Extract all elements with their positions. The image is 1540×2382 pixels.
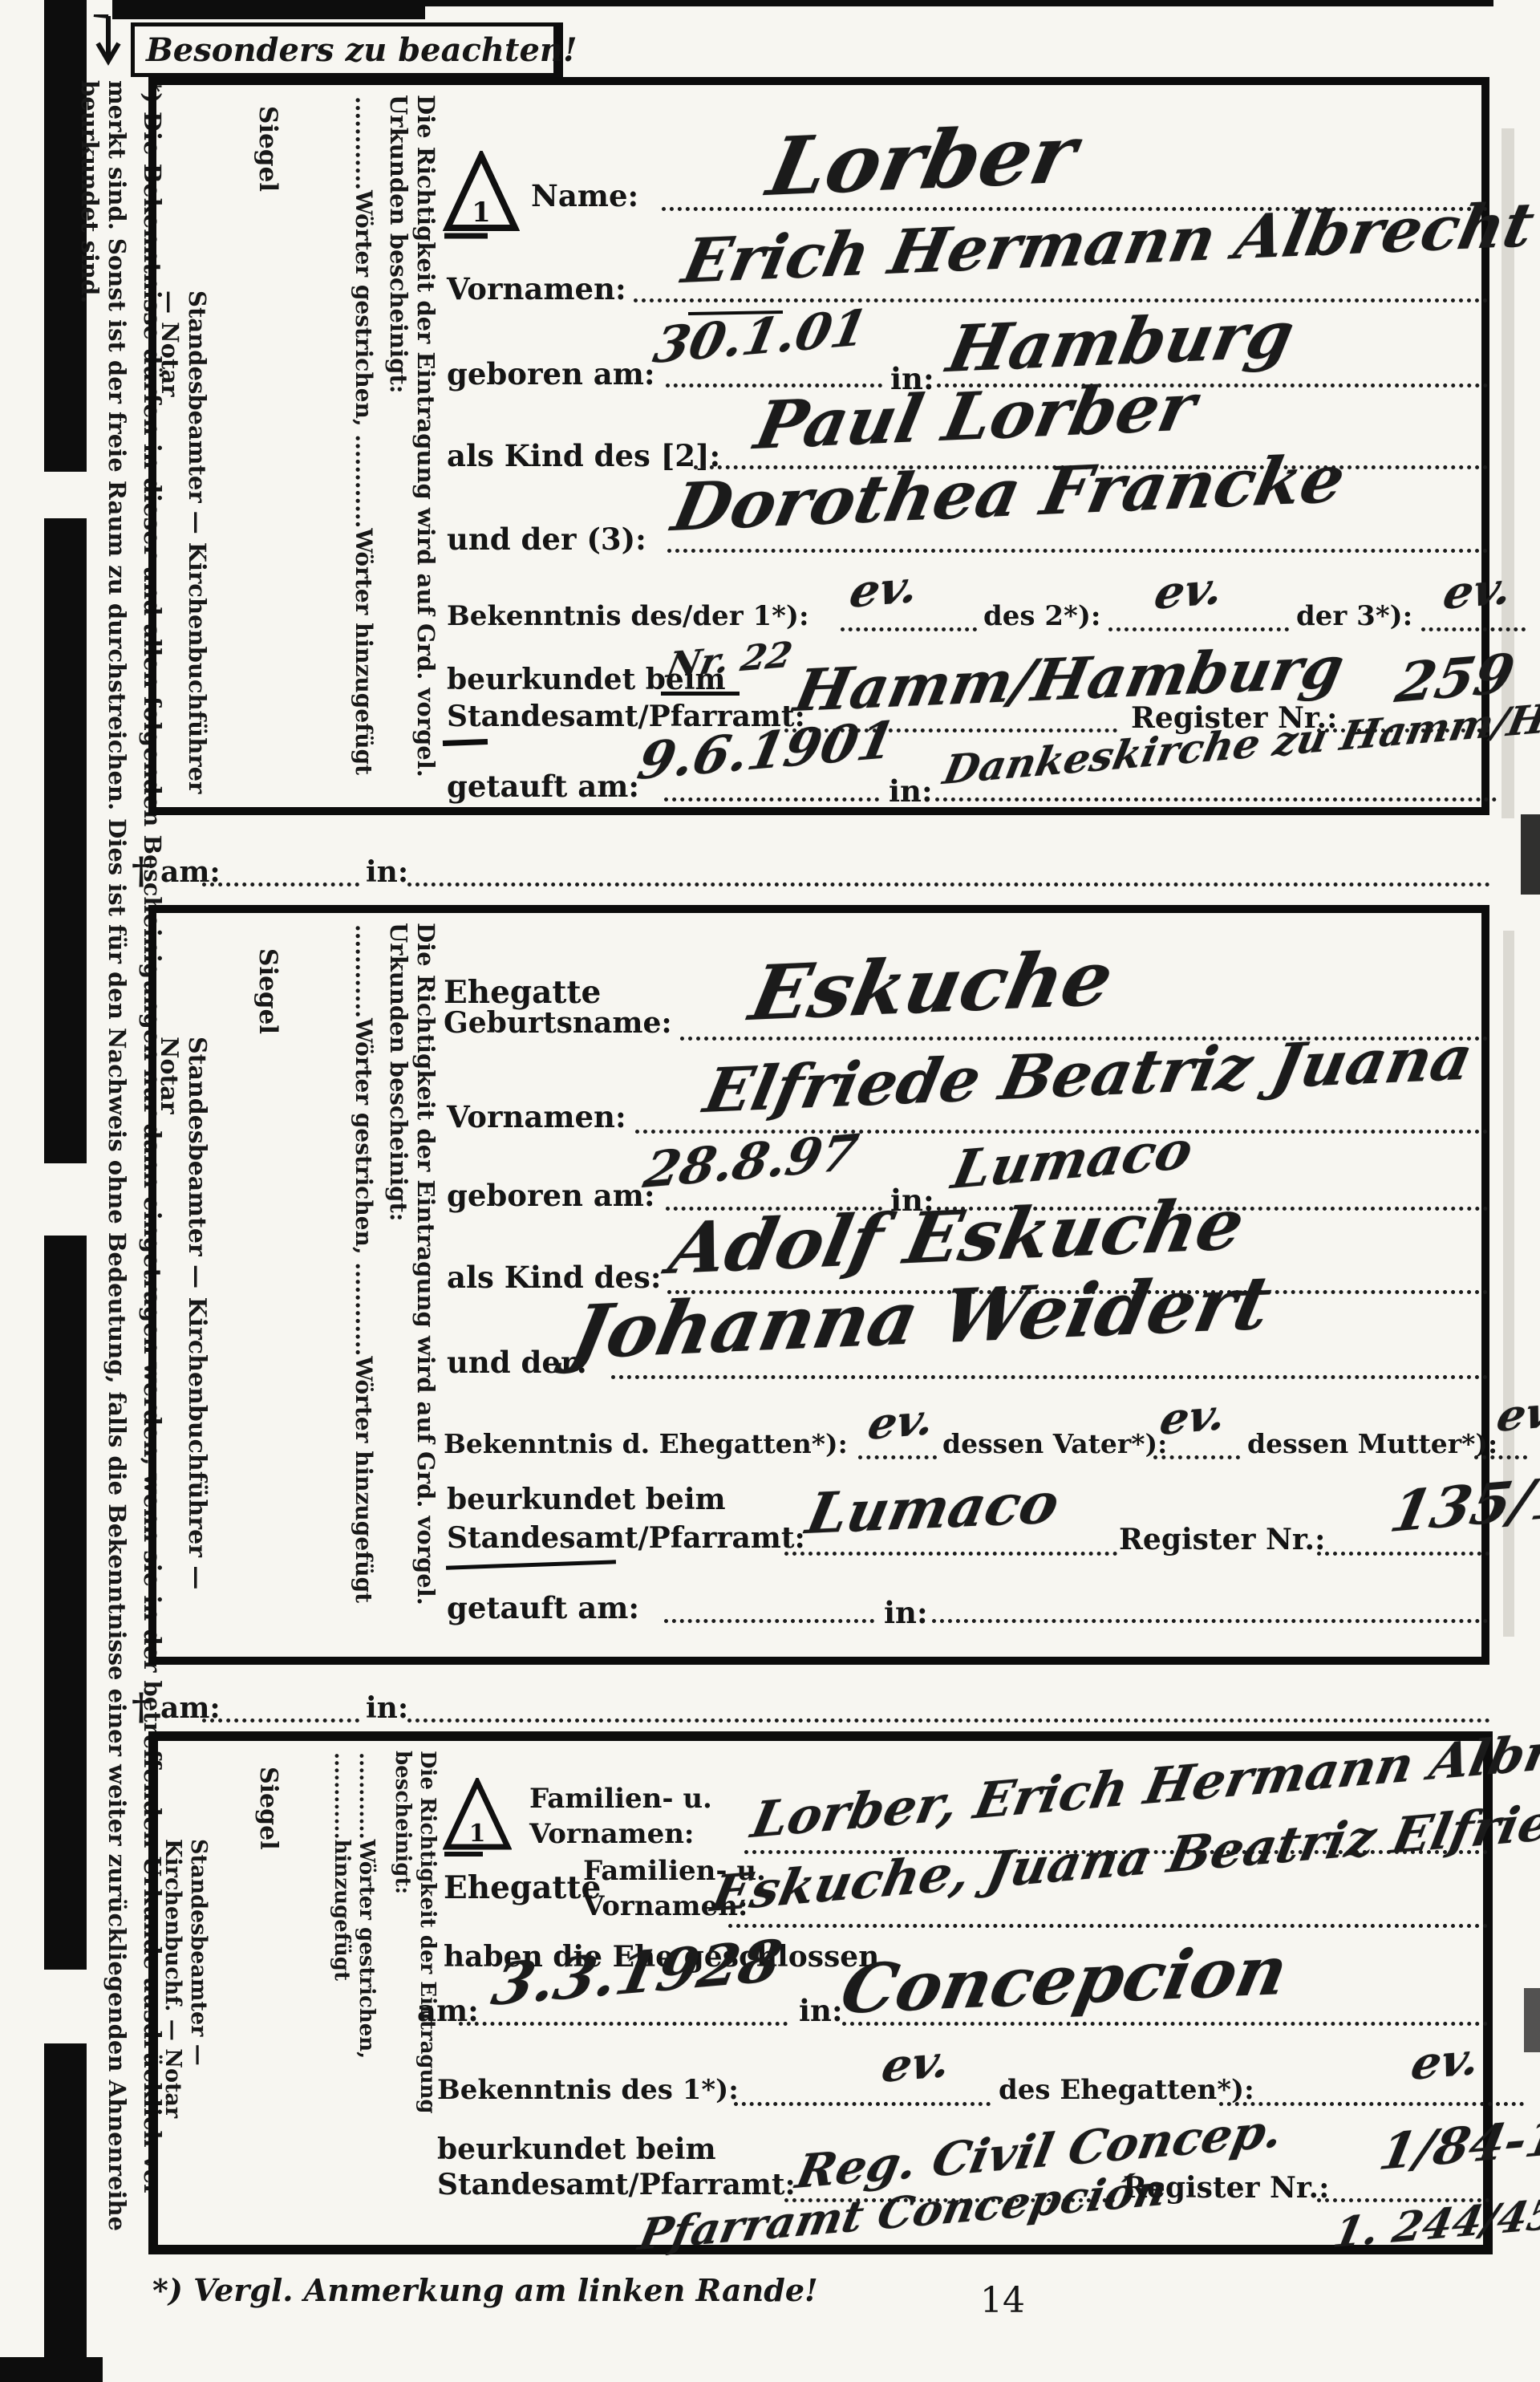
vater-label: als Kind des [2]: <box>447 438 720 473</box>
spouse-vornamen-label: Vornamen: <box>447 1099 626 1134</box>
name-handwriting: Lorber <box>762 114 1083 207</box>
bekenntnis3-handwriting: ev. <box>1440 566 1516 616</box>
ehe-bekenntnis2-label: des Ehegatten*): <box>999 2074 1254 2106</box>
page-number: 14 <box>980 2280 1025 2321</box>
box1-side-certify: Die Richtigkeit der Eintragung wird auf … <box>385 95 440 809</box>
bekenntnis2-handwriting: ev. <box>1151 566 1227 616</box>
ehe-bekenntnis-label: Bekenntnis des 1*): <box>437 2074 739 2106</box>
mutter-label: und der (3): <box>447 521 646 557</box>
spouse-bekenntnis3-label: dessen Mutter*): <box>1247 1428 1497 1459</box>
spouse-getauft-label: getauft am: <box>447 1590 639 1625</box>
spouse-bekenntnis2-handwriting: ev. <box>1157 1392 1230 1441</box>
right-edge-blotch <box>1521 814 1540 895</box>
footer-note: *) Vergl. Anmerkung am linken Rande! <box>152 2272 818 2308</box>
geburtsname-handwriting: Eskuche <box>744 941 1119 1032</box>
familien-label-2: Vornamen: <box>529 1818 694 1850</box>
warning-triangle-1-icon-2: 1 <box>443 1778 512 1858</box>
spouse-bekenntnis2-label: dessen Vater*): <box>942 1428 1167 1459</box>
spouse-getauft-in-label: in: <box>884 1595 928 1630</box>
bekenntnis2-label: des 2*): <box>983 600 1100 632</box>
ehe-bekenntnis1-handwriting: ev. <box>878 2039 954 2089</box>
familien-label-1: Familien- u. <box>529 1783 712 1815</box>
dagger-icon-2: † <box>132 1685 151 1728</box>
vater-handwriting: Paul Lorber <box>750 375 1201 459</box>
box3-side-officials: Standesbeamter — Kirchenbuchf. — Notar <box>160 1839 211 2240</box>
death1-in-label: in: <box>366 855 408 889</box>
box2-side-certify: Die Richtigkeit der Eintragung wird auf … <box>385 923 440 1629</box>
ehe-bekenntnis2-handwriting: ev. <box>1408 2036 1484 2087</box>
spouse-bekenntnis-label: Bekenntnis d. Ehegatten*): <box>444 1428 848 1459</box>
bekenntnis1-handwriting: ev. <box>846 564 922 615</box>
dagger-icon: † <box>132 849 151 892</box>
spouse-beurkundet-label: beurkundet beim <box>447 1483 726 1516</box>
ehe-beurkundet-label: beurkundet beim <box>437 2132 716 2166</box>
vornamen-label: Vornamen: <box>447 271 626 306</box>
box3-side-words: ............Wörter gestrichen, .........… <box>330 1752 379 2234</box>
right-edge-blotch-2 <box>1524 1988 1540 2052</box>
header-note: Besonders zu beachten! <box>146 31 577 69</box>
spouse-geboren-label: geboren am: <box>447 1178 655 1213</box>
ehe-ort-handwriting: Concepcion <box>836 1937 1293 2023</box>
box1-side-siegel: Siegel <box>253 106 282 298</box>
top-left-block <box>112 0 425 19</box>
box3-side-certify: Die Richtigkeit der Eintragung bescheini… <box>391 1751 440 2232</box>
bottom-left-scan-edge <box>0 2357 103 2382</box>
geboren-ort-handwriting: Hamburg <box>942 302 1299 381</box>
spouse-bekenntnis3-handwriting: ev. <box>1493 1389 1540 1438</box>
box1-side-words: ............Wörter gestrichen, .........… <box>351 96 377 810</box>
header-note-box: Besonders zu beachten! <box>131 22 563 77</box>
spouse-bekenntnis1-handwriting: ev. <box>865 1397 938 1446</box>
spouse-standesamt-handwriting: Lumaco <box>802 1475 1064 1542</box>
svg-text:1: 1 <box>472 197 491 229</box>
geboren-am-label: geboren am: <box>447 356 655 392</box>
svg-text:1: 1 <box>469 1820 486 1848</box>
box2-side-officials: Standesbeamter — Kirchenbuchführer — Not… <box>154 1037 211 1646</box>
reference-arrow-icon <box>90 14 127 66</box>
spouse-register-label: Register Nr.: <box>1119 1523 1325 1556</box>
ehe-standesamt-label: Standesamt/Pfarramt: <box>437 2168 796 2201</box>
box3-side-siegel: Siegel <box>254 1767 282 1959</box>
bekenntnis-label: Bekenntnis des/der 1*): <box>447 600 809 632</box>
geburtsname-label: Geburtsname: <box>444 1006 672 1040</box>
bekenntnis3-label: der 3*): <box>1296 600 1412 632</box>
death2-in-label: in: <box>366 1691 408 1725</box>
margin-note-outer: merkt sind. Sonst ist der freie Raum zu … <box>76 80 131 2319</box>
ehegatte-label-2: Ehegatte <box>444 1869 601 1906</box>
box2-side-siegel: Siegel <box>253 948 282 1141</box>
name-label: Name: <box>531 178 638 213</box>
ehe-register-label: Register Nr.: <box>1123 2171 1329 2205</box>
box2-side-words: ............Wörter gestrichen, .........… <box>351 924 377 1630</box>
getauft-in-label: in: <box>889 773 933 809</box>
getauft-label: getauft am: <box>447 769 639 804</box>
box1-side-officials: Standesbeamter — Kirchenbuchführer — Not… <box>156 290 211 820</box>
warning-triangle-1-icon: 1 <box>443 151 520 241</box>
amt-superscript-underline <box>661 692 740 696</box>
spouse-standesamt-label: Standesamt/Pfarramt: <box>447 1521 805 1555</box>
scanned-document-page: Besonders zu beachten! *) Die Bekenntnis… <box>0 0 1540 2382</box>
